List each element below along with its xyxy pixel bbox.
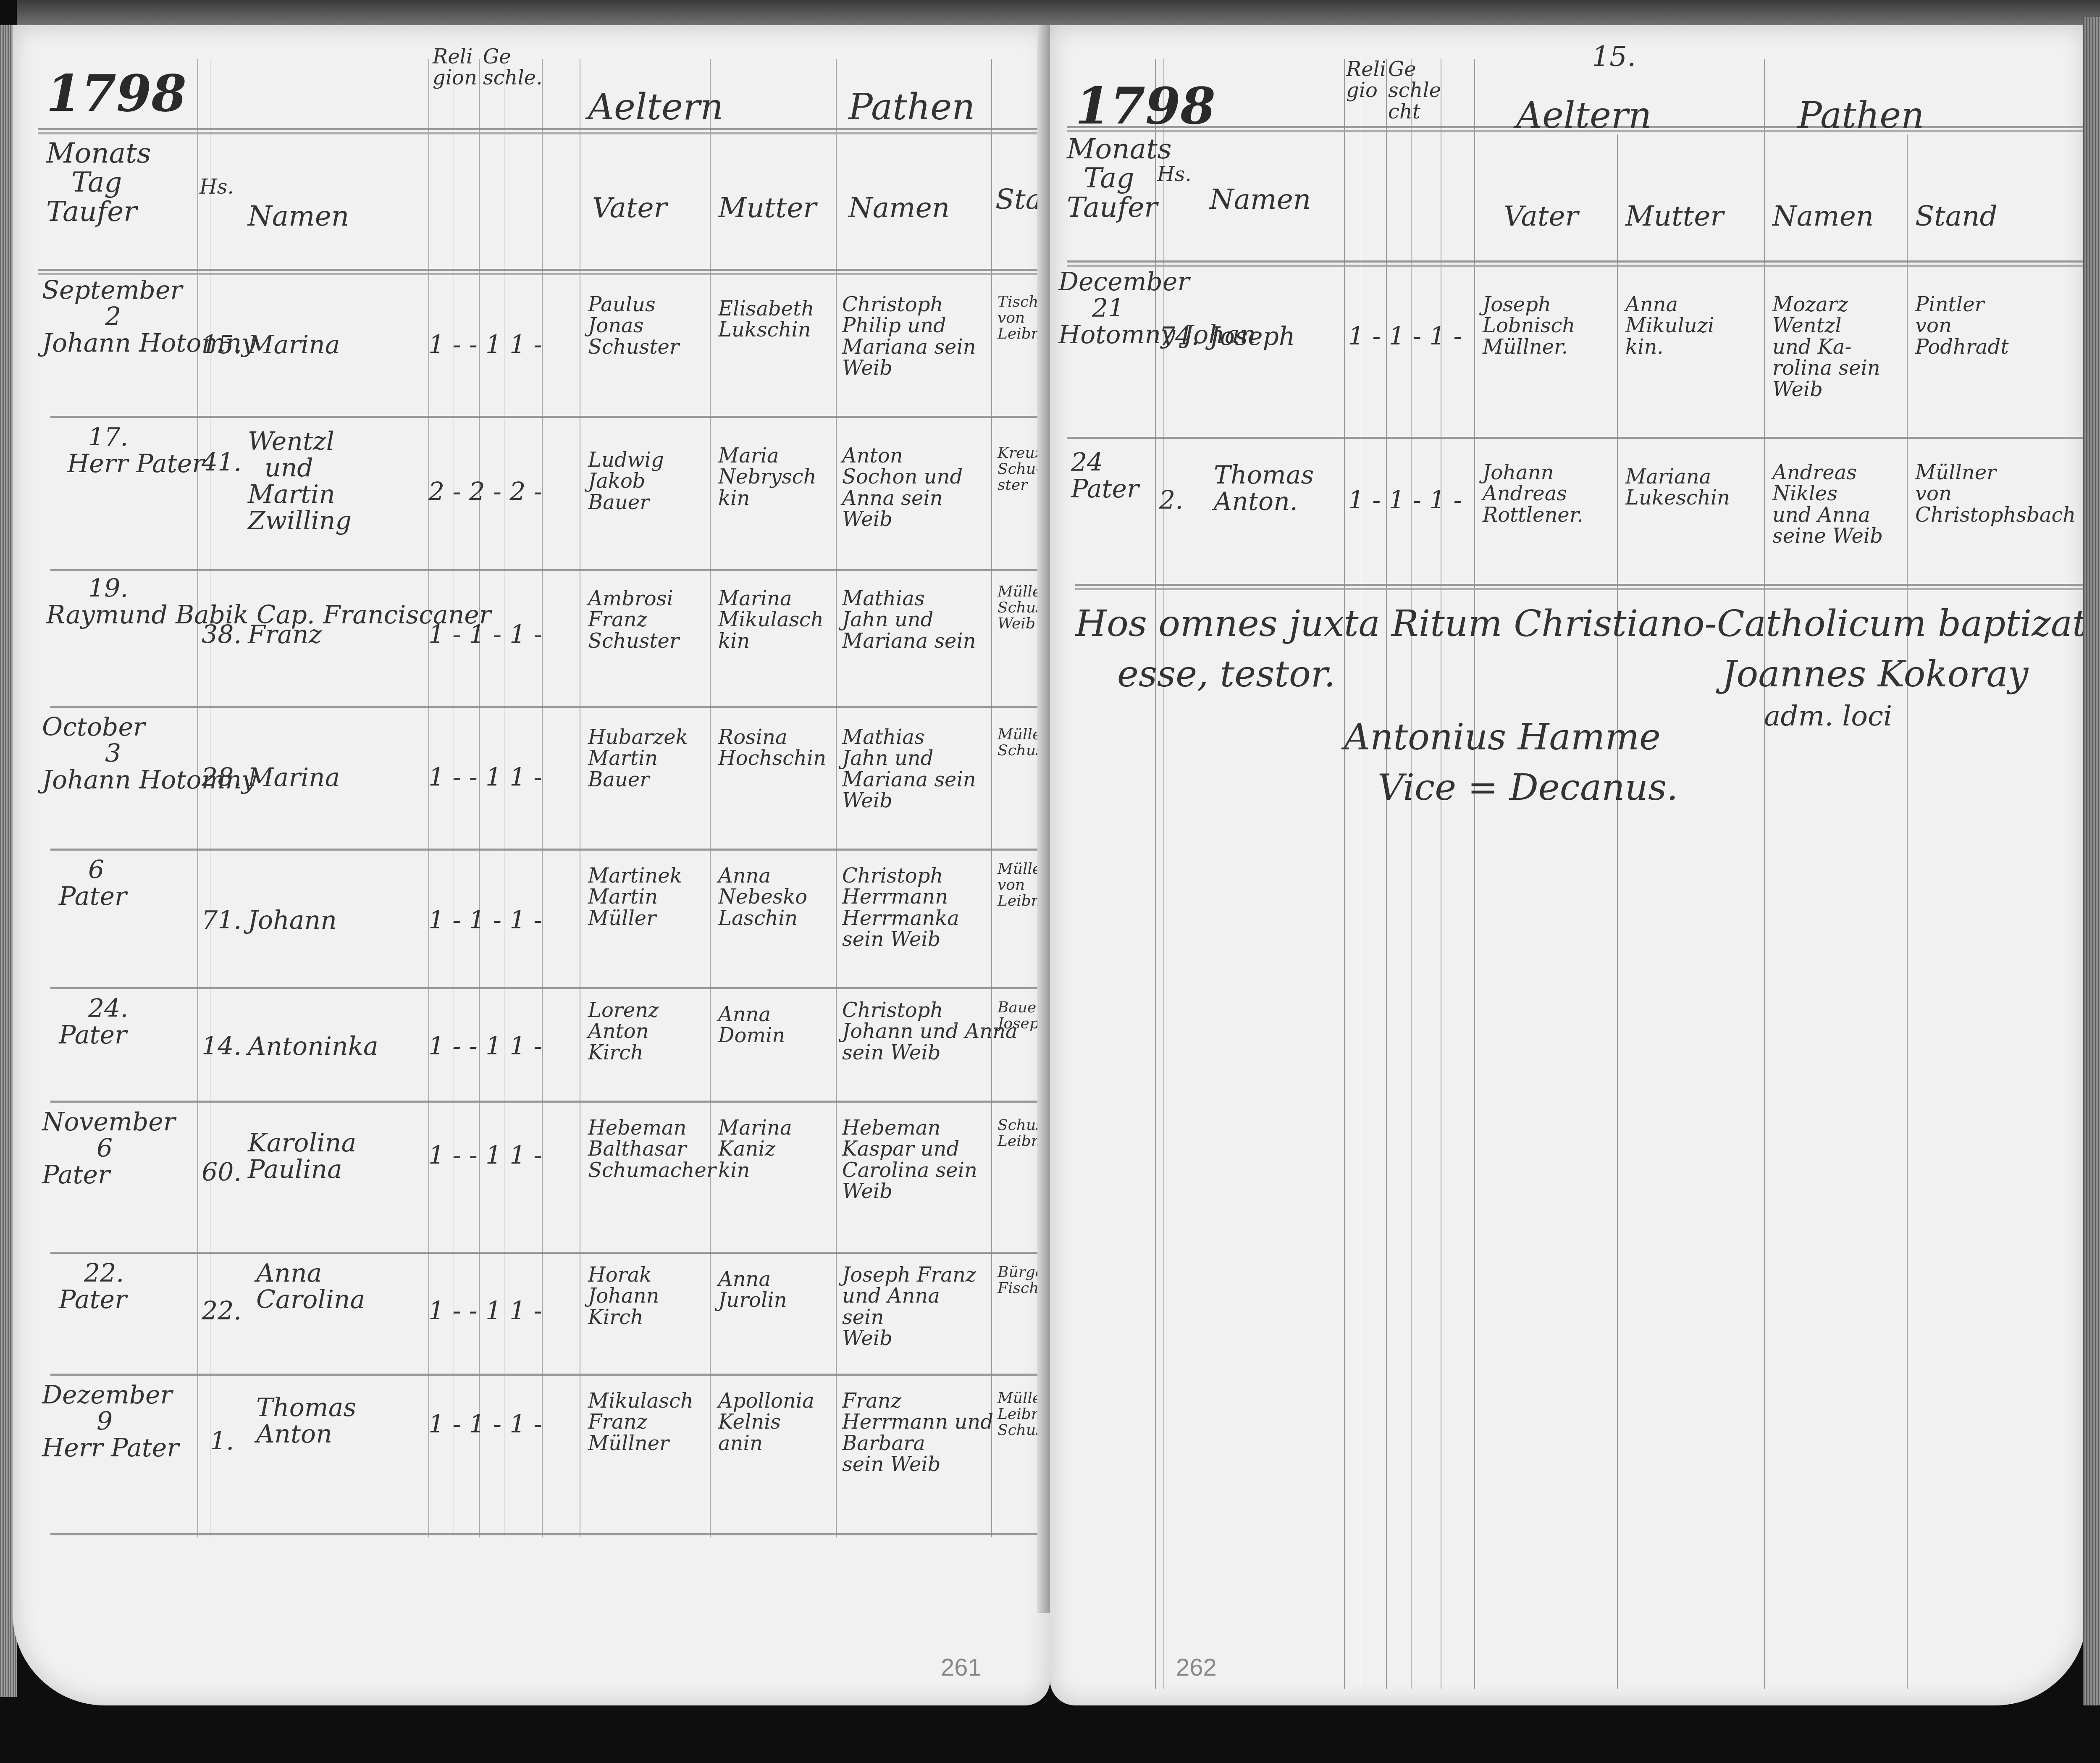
- religion-header: Religion: [433, 46, 477, 89]
- mother-name: ElisabethLukschin: [718, 298, 814, 341]
- godparent-names: ChristophHerrmannHerrmankasein Weib: [842, 865, 959, 950]
- attestation-line-1: Hos omnes juxta Ritum Christiano-Catholi…: [1075, 605, 2100, 643]
- tally-marks: 1 - 1 - 1 -: [428, 622, 542, 648]
- row-rule: [50, 1533, 1050, 1535]
- father-name: LudwigJakobBauer: [588, 449, 664, 513]
- house-number: 14.: [202, 1033, 241, 1060]
- godparent-status: PintlervonPodhradt: [1915, 294, 2008, 357]
- child-name: Antoninka: [248, 1033, 378, 1060]
- mother-name: MarinaKanizkin: [718, 1117, 792, 1181]
- house-number: 60.: [202, 1159, 241, 1186]
- tally-marks: 1 - - 1 1 -: [428, 1033, 542, 1060]
- right-page: 1798 15. Aeltern Pathen Religio Geschlec…: [1050, 25, 2087, 1705]
- tally-marks: 1 - - 1 1 -: [428, 332, 542, 358]
- row-rule: [50, 569, 1050, 571]
- father-header: Vater: [1504, 202, 1578, 231]
- date-header: MonatsTagTaufer: [1067, 134, 1172, 222]
- house-number: 28.: [202, 765, 241, 791]
- father-name: HorakJohannKirch: [588, 1264, 659, 1328]
- name-header: Namen: [1210, 185, 1311, 214]
- mother-header: Mutter: [1625, 202, 1724, 231]
- date-header: MonatsTagTaufer: [46, 139, 151, 226]
- rule: [1474, 59, 1475, 1689]
- house-number: 2.: [1159, 487, 1183, 514]
- child-name: ThomasAnton: [256, 1395, 356, 1448]
- godparent-status-header: Stand: [1915, 202, 1998, 231]
- father-name: AmbrosiFranzSchuster: [588, 588, 679, 652]
- attestation-line-2: esse, testor.: [1117, 655, 1336, 693]
- mother-name: MariaNebryschkin: [718, 445, 816, 509]
- mother-name: AnnaDomin: [718, 1004, 785, 1046]
- father-name: JosephLobnischMüllner.: [1483, 294, 1575, 357]
- mother-name: AnnaMikuluzikin.: [1625, 294, 1714, 357]
- father-name: HubarzekMartinBauer: [588, 727, 688, 790]
- rule: [1361, 59, 1361, 1689]
- religion-header: Religio: [1346, 59, 1386, 101]
- row-rule: [1075, 584, 2083, 586]
- tally-marks: 1 - - 1 1 -: [428, 1143, 542, 1169]
- godparents-heading: Pathen: [848, 88, 975, 126]
- entry-date: 24.Pater: [59, 996, 128, 1048]
- rule: [836, 59, 837, 1537]
- header-rule: [38, 269, 1046, 271]
- rule: [1344, 59, 1345, 1689]
- sex-header: Geschle.: [483, 46, 542, 89]
- godparent-names: HebemanKaspar undCarolina seinWeib: [842, 1117, 977, 1202]
- godparent-names: ChristophPhilip undMariana seinWeib: [842, 294, 976, 379]
- child-name: WentzlundMartinZwilling: [248, 428, 352, 534]
- tally-marks: 2 - 2 - 2 -: [428, 479, 542, 505]
- child-name: Marina: [248, 765, 340, 791]
- house-number: 74.: [1159, 323, 1199, 350]
- entry-date: 17.Herr Pater: [67, 424, 204, 477]
- header-rule: [38, 128, 1046, 130]
- rule: [1617, 134, 1618, 1689]
- house-number: 41.: [202, 449, 241, 476]
- godparent-names: MathiasJahn undMariana sein: [842, 588, 976, 652]
- entry-date: 6Pater: [59, 857, 127, 910]
- year-heading: 1798: [46, 67, 186, 120]
- mother-name: ApolloniaKelnisanin: [718, 1390, 814, 1454]
- row-rule: [50, 849, 1050, 851]
- tally-marks: 1 - 1 - 1 -: [428, 907, 542, 934]
- signature-pastor: Joannes Kokoray: [1722, 655, 2028, 693]
- father-name: JohannAndreasRottlener.: [1483, 462, 1583, 525]
- mother-name: AnnaJurolin: [718, 1269, 787, 1311]
- tally-marks: 1 - 1 - 1 -: [428, 1411, 542, 1438]
- godparent-names: Joseph Franzund AnnaseinWeib: [842, 1264, 976, 1349]
- row-rule: [50, 987, 1050, 989]
- rule: [1386, 59, 1387, 1689]
- father-name: MikulaschFranzMüllner: [588, 1390, 693, 1454]
- signature-pastor-title: adm. loci: [1764, 702, 1892, 730]
- left-page: 1798 Aeltern Pathen Religion Geschle. Mo…: [13, 25, 1050, 1705]
- row-rule: [1067, 437, 2083, 439]
- name-header: Namen: [248, 202, 349, 231]
- father-name: LorenzAntonKirch: [588, 1000, 659, 1063]
- rule: [991, 59, 992, 1537]
- godparent-names: FranzHerrmann undBarbarasein Weib: [842, 1390, 993, 1475]
- child-name: Johann: [248, 907, 337, 934]
- mother-name: RosinaHochschin: [718, 727, 826, 769]
- house-number: 22.: [202, 1298, 241, 1324]
- year-heading: 1798: [1075, 80, 1215, 133]
- godparent-name-header: Namen: [848, 193, 950, 222]
- house-number: 38.: [202, 622, 241, 648]
- folio-number-pencil: 262: [1176, 1655, 1217, 1681]
- rule: [1764, 59, 1765, 1689]
- row-rule: [50, 706, 1050, 708]
- tally-marks: 1 - - 1 1 -: [428, 765, 542, 791]
- rule: [1411, 59, 1412, 1689]
- mother-name: MarinaMikulaschkin: [718, 588, 824, 652]
- row-rule: [50, 416, 1050, 418]
- entry-date: 22.Pater: [59, 1260, 127, 1313]
- entry-date: 24Pater: [1071, 449, 1139, 502]
- rule: [710, 59, 711, 1537]
- godparent-names: AntonSochon undAnna seinWeib: [842, 445, 963, 530]
- house-number: 15.: [202, 332, 241, 358]
- tally-marks: 1 - 1 - 1 -: [1348, 487, 1462, 514]
- godparent-names: MathiasJahn undMariana seinWeib: [842, 727, 976, 812]
- godparent-status: KreuzSchu-ster: [997, 445, 1043, 493]
- rule: [1441, 59, 1441, 1689]
- signature-vice-dean: Antonius Hamme: [1344, 718, 1661, 756]
- house-no-header: Hs.: [1157, 164, 1192, 185]
- godparent-names: AndreasNiklesund Annaseine Weib: [1772, 462, 1883, 547]
- mother-header: Mutter: [718, 193, 816, 222]
- house-number: 71.: [202, 907, 241, 934]
- godparent-name-header: Namen: [1772, 202, 1874, 231]
- tally-marks: 1 - - 1 1 -: [428, 1298, 542, 1324]
- godparents-heading: Pathen: [1798, 97, 1924, 134]
- header-rule: [1067, 260, 2083, 263]
- rule: [1907, 134, 1908, 1689]
- parents-heading: Aeltern: [1516, 97, 1651, 134]
- row-rule: [50, 1374, 1050, 1376]
- rule: [580, 59, 580, 1537]
- father-name: PaulusJonasSchuster: [588, 294, 679, 357]
- child-name: Joseph: [1210, 323, 1295, 350]
- godparent-names: MozarzWentzlund Ka-rolina seinWeib: [1772, 294, 1880, 400]
- house-number: 1.: [210, 1428, 234, 1455]
- parents-heading: Aeltern: [588, 88, 723, 126]
- godparent-names: ChristophJohann und Annasein Weib: [842, 1000, 1018, 1063]
- folio-number-pencil: 261: [941, 1655, 982, 1681]
- father-name: MartinekMartinMüller: [588, 865, 682, 929]
- mother-name: MarianaLukeschin: [1625, 466, 1730, 509]
- child-name: KarolinaPaulina: [248, 1130, 356, 1183]
- child-name: AnnaCarolina: [256, 1260, 365, 1313]
- mother-name: AnnaNebeskoLaschin: [718, 865, 807, 929]
- entry-date: Dezember9Herr Pater: [42, 1382, 179, 1461]
- godparent-status: MüllnervonChristophsbach: [1915, 462, 2076, 525]
- child-name: ThomasAnton.: [1214, 462, 1314, 515]
- row-rule: [50, 1101, 1050, 1103]
- house-no-header: Hs.: [199, 176, 234, 197]
- father-name: HebemanBalthasarSchumacher: [588, 1117, 716, 1181]
- entry-date: November6Pater: [42, 1109, 176, 1188]
- child-name: Franz: [248, 622, 322, 648]
- father-header: Vater: [592, 193, 667, 222]
- folio-number: 15.: [1592, 42, 1636, 71]
- sex-header: Geschlecht: [1388, 59, 1441, 122]
- book-fore-edge: [2083, 17, 2100, 1705]
- row-rule: [50, 1252, 1050, 1254]
- tally-marks: 1 - 1 - 1 -: [1348, 323, 1462, 350]
- child-name: Marina: [248, 332, 340, 358]
- signature-vice-dean-title: Vice = Decanus.: [1378, 769, 1678, 807]
